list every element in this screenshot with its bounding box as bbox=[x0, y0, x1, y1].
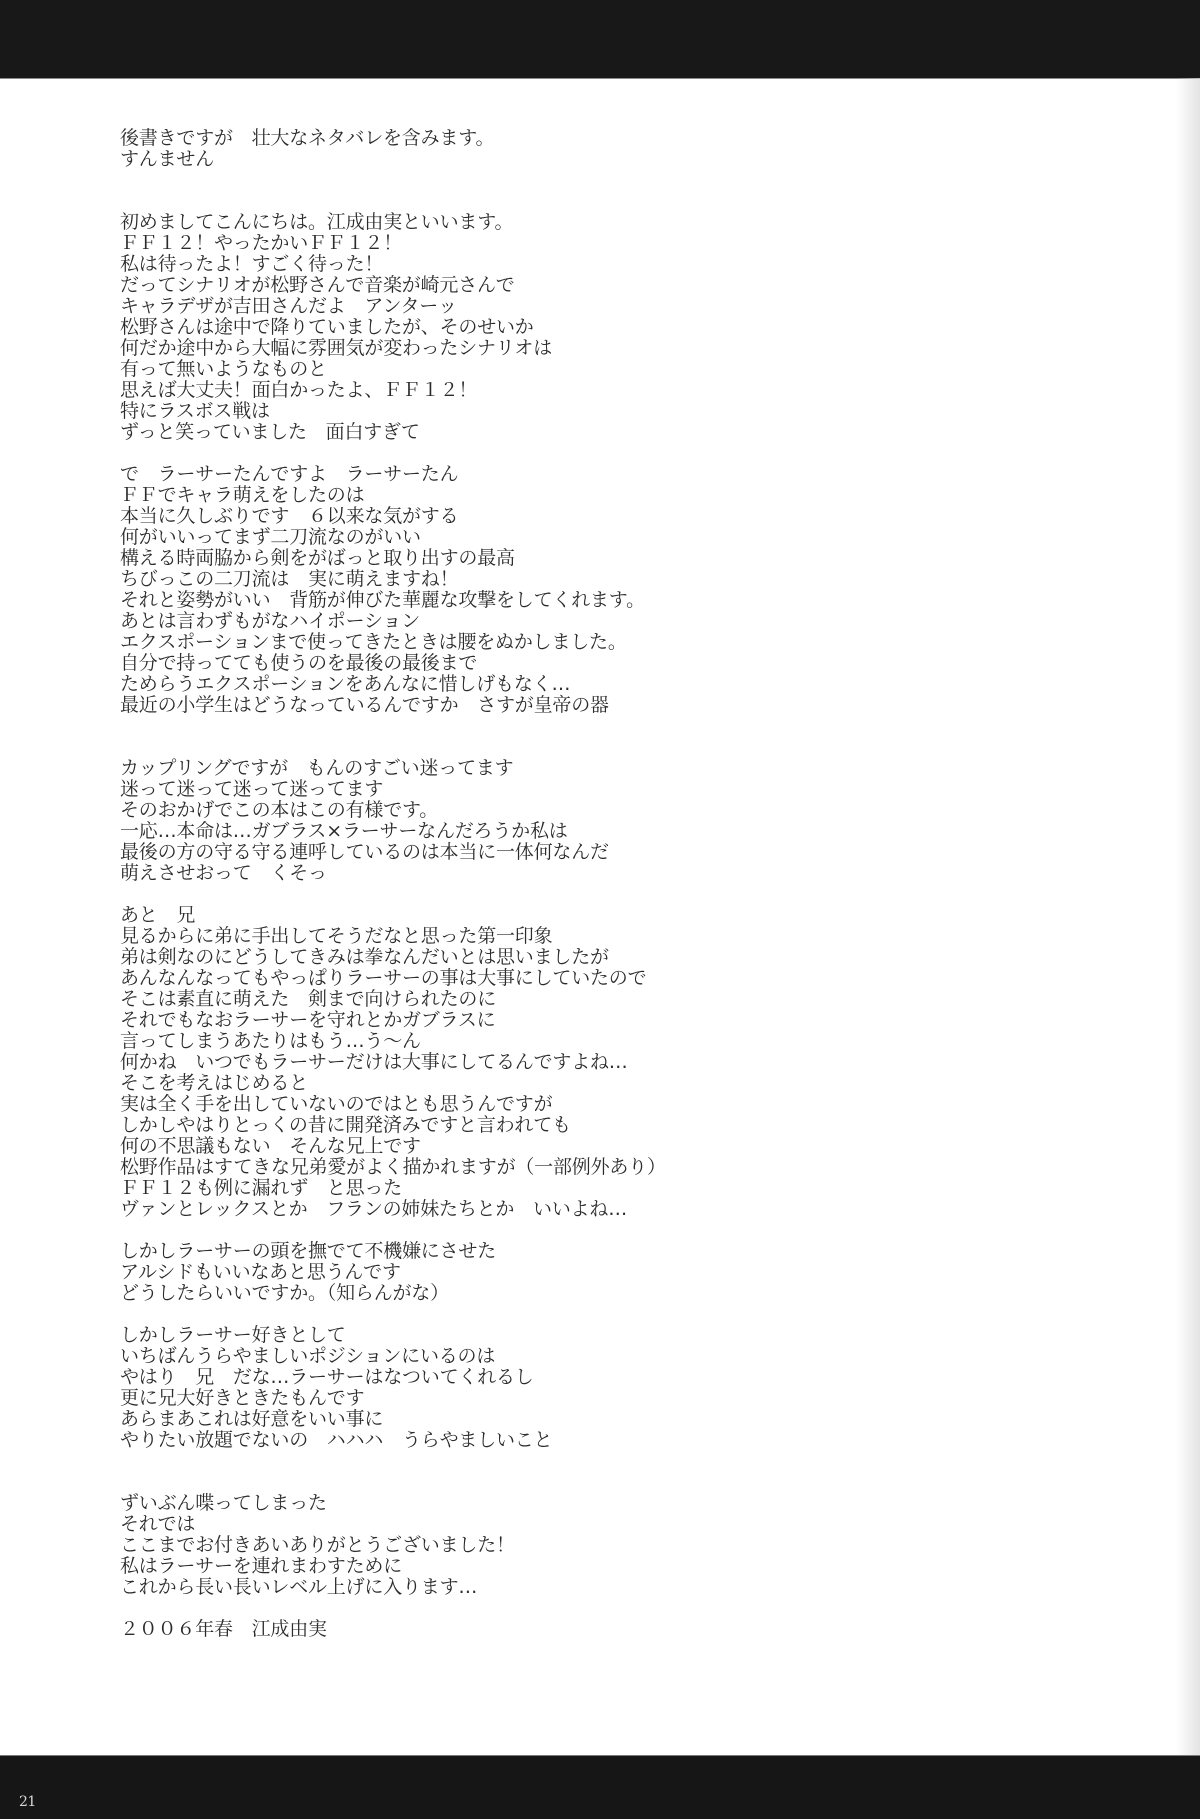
paragraph-gap bbox=[120, 1451, 1120, 1493]
text-line: やはり 兄 だな…ラーサーはなついてくれるし bbox=[120, 1367, 1120, 1388]
page-number: 21 bbox=[19, 1794, 36, 1810]
text-line: ずいぶん喋ってしまった bbox=[120, 1493, 1120, 1514]
text-line: ちびっこの二刀流は 実に萌えますね！ bbox=[120, 569, 1120, 590]
text-line: それと姿勢がいい 背筋が伸びた華麗な攻撃をしてくれます。 bbox=[120, 590, 1120, 611]
paragraph-gap bbox=[120, 170, 1120, 212]
paragraph-gap bbox=[120, 1598, 1120, 1619]
text-line: 萌えさせおって くそっ bbox=[120, 863, 1120, 884]
text-line: 迷って迷って迷って迷ってます bbox=[120, 779, 1120, 800]
text-line: それでは bbox=[120, 1514, 1120, 1535]
text-line: ずっと笑っていました 面白すぎて bbox=[120, 422, 1120, 443]
text-line: で ラーサーたんですよ ラーサーたん bbox=[120, 464, 1120, 485]
text-line: 一応…本命は…ガブラス×ラーサーなんだろうか私は bbox=[120, 821, 1120, 842]
paragraph-introduction: 初めましてこんにちは。江成由実といいます。 ＦＦ１２！やったかいＦＦ１２！ 私は… bbox=[120, 212, 1120, 443]
text-line: あんなんなってもやっぱりラーサーの事は大事にしていたので bbox=[120, 968, 1120, 989]
paragraph-spoiler-warning: 後書きですが 壮大なネタバレを含みます。 すんません bbox=[120, 128, 1120, 170]
text-line: エクスポーションまで使ってきたときは腰をぬかしました。 bbox=[120, 632, 1120, 653]
text-line: ためらうエクスポーションをあんなに惜しげもなく… bbox=[120, 674, 1120, 695]
text-line: 本当に久しぶりです ６以来な気がする bbox=[120, 506, 1120, 527]
text-line: 思えば大丈夫！面白かったよ、ＦＦ１２！ bbox=[120, 380, 1120, 401]
text-line: あらまあこれは好意をいい事に bbox=[120, 1409, 1120, 1430]
signature-line: ２００６年春 江成由実 bbox=[120, 1619, 1120, 1640]
paragraph-envy: しかしラーサー好きとして いちばんうらやましいポジションにいるのは やはり 兄 … bbox=[120, 1325, 1120, 1451]
text-line: これから長い長いレベル上げに入ります… bbox=[120, 1577, 1120, 1598]
text-line: 私は待ったよ！すごく待った！ bbox=[120, 254, 1120, 275]
text-line: アルシドもいいなあと思うんです bbox=[120, 1262, 1120, 1283]
text-line: しかしラーサー好きとして bbox=[120, 1325, 1120, 1346]
paragraph-gap bbox=[120, 716, 1120, 758]
paragraph-al-cid: しかしラーサーの頭を撫でて不機嫌にさせた アルシドもいいなあと思うんです どうし… bbox=[120, 1241, 1120, 1304]
text-line: 弟は剣なのにどうしてきみは拳なんだいとは思いましたが bbox=[120, 947, 1120, 968]
text-line: 実は全く手を出していないのではとも思うんですが bbox=[120, 1094, 1120, 1115]
paragraph-gap bbox=[120, 1220, 1120, 1241]
text-line: どうしたらいいですか。（知らんがな） bbox=[120, 1283, 1120, 1304]
text-line: 何の不思議もない そんな兄上です bbox=[120, 1136, 1120, 1157]
text-line: そこを考えはじめると bbox=[120, 1073, 1120, 1094]
paragraph-larsa: で ラーサーたんですよ ラーサーたん ＦＦでキャラ萌えをしたのは 本当に久しぶり… bbox=[120, 464, 1120, 716]
text-line: 言ってしまうあたりはもう…う～ん bbox=[120, 1031, 1120, 1052]
text-line: 松野作品はすてきな兄弟愛がよく描かれますが（一部例外あり） bbox=[120, 1157, 1120, 1178]
text-line: そこは素直に萌えた 剣まで向けられたのに bbox=[120, 989, 1120, 1010]
text-line: 自分で持ってても使うのを最後の最後まで bbox=[120, 653, 1120, 674]
text-line: やりたい放題でないの ハハハ うらやましいこと bbox=[120, 1430, 1120, 1451]
text-line: だってシナリオが松野さんで音楽が崎元さんで bbox=[120, 275, 1120, 296]
text-line: それでもなおラーサーを守れとかガブラスに bbox=[120, 1010, 1120, 1031]
paragraph-gap bbox=[120, 443, 1120, 464]
text-line: キャラデザが吉田さんだよ アンターッ bbox=[120, 296, 1120, 317]
text-line: 最近の小学生はどうなっているんですか さすが皇帝の器 bbox=[120, 695, 1120, 716]
text-line: ヴァンとレックスとか フランの姉妹たちとか いいよね… bbox=[120, 1199, 1120, 1220]
text-line: ＦＦでキャラ萌えをしたのは bbox=[120, 485, 1120, 506]
text-line: あと 兄 bbox=[120, 905, 1120, 926]
paragraph-closing: ずいぶん喋ってしまった それでは ここまでお付きあいありがとうございました！ 私… bbox=[120, 1493, 1120, 1598]
afterword-text: 後書きですが 壮大なネタバレを含みます。 すんません 初めましてこんにちは。江成… bbox=[120, 128, 1120, 1640]
text-line: 見るからに弟に手出してそうだなと思った第一印象 bbox=[120, 926, 1120, 947]
paragraph-gap bbox=[120, 884, 1120, 905]
text-line: 最後の方の守る守る連呼しているのは本当に一体何なんだ bbox=[120, 842, 1120, 863]
text-line: しかしラーサーの頭を撫でて不機嫌にさせた bbox=[120, 1241, 1120, 1262]
text-line: 松野さんは途中で降りていましたが、そのせいか bbox=[120, 317, 1120, 338]
text-line: 何かね いつでもラーサーだけは大事にしてるんですよね… bbox=[120, 1052, 1120, 1073]
text-line: いちばんうらやましいポジションにいるのは bbox=[120, 1346, 1120, 1367]
paragraph-gap bbox=[120, 1304, 1120, 1325]
signature: ２００６年春 江成由実 bbox=[120, 1619, 1120, 1640]
text-line: 有って無いようなものと bbox=[120, 359, 1120, 380]
text-line: 何がいいってまず二刀流なのがいい bbox=[120, 527, 1120, 548]
text-line: そのおかげでこの本はこの有様です。 bbox=[120, 800, 1120, 821]
text-line: 構える時両脇から剣をがばっと取り出すの最高 bbox=[120, 548, 1120, 569]
text-line: あとは言わずもがなハイポーション bbox=[120, 611, 1120, 632]
text-line: ここまでお付きあいありがとうございました！ bbox=[120, 1535, 1120, 1556]
text-line: 更に兄大好きときたもんです bbox=[120, 1388, 1120, 1409]
text-line: ＦＦ１２も例に漏れず と思った bbox=[120, 1178, 1120, 1199]
text-line: ＦＦ１２！やったかいＦＦ１２！ bbox=[120, 233, 1120, 254]
text-line: 初めましてこんにちは。江成由実といいます。 bbox=[120, 212, 1120, 233]
scan-bottom-border bbox=[0, 1755, 1200, 1819]
text-line: 私はラーサーを連れまわすために bbox=[120, 1556, 1120, 1577]
text-line: しかしやはりとっくの昔に開発済みですと言われても bbox=[120, 1115, 1120, 1136]
text-line: すんません bbox=[120, 149, 1120, 170]
text-line: 特にラスボス戦は bbox=[120, 401, 1120, 422]
scan-top-border bbox=[0, 0, 1200, 79]
text-line: 何だか途中から大幅に雰囲気が変わったシナリオは bbox=[120, 338, 1120, 359]
page-gutter-shadow bbox=[1176, 78, 1200, 1755]
text-line: 後書きですが 壮大なネタバレを含みます。 bbox=[120, 128, 1120, 149]
paragraph-coupling: カップリングですが もんのすごい迷ってます 迷って迷って迷って迷ってます そのお… bbox=[120, 758, 1120, 884]
text-line: カップリングですが もんのすごい迷ってます bbox=[120, 758, 1120, 779]
paragraph-brother: あと 兄 見るからに弟に手出してそうだなと思った第一印象 弟は剣なのにどうしてき… bbox=[120, 905, 1120, 1220]
